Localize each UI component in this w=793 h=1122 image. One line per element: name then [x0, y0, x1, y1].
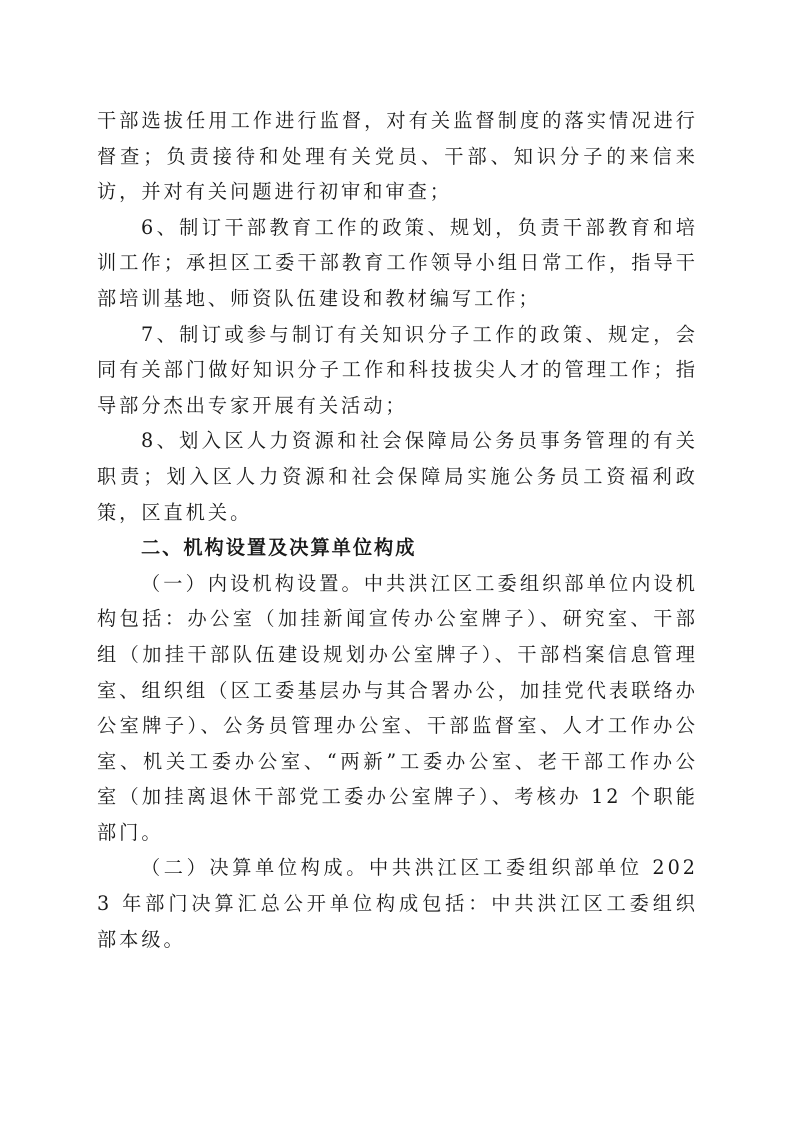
document-page: 干部选拔任用工作进行监督，对有关监督制度的落实情况进行督查；负责接待和处理有关党… — [97, 103, 698, 957]
paragraph-continued-duties: 干部选拔任用工作进行监督，对有关监督制度的落实情况进行督查；负责接待和处理有关党… — [97, 103, 698, 210]
paragraph-item-7: 7、制订或参与制订有关知识分子工作的政策、规定，会同有关部门做好知识分子工作和科… — [97, 317, 698, 424]
section-heading-org-structure: 二、机构设置及决算单位构成 — [97, 530, 698, 566]
paragraph-budget-units: （二）决算单位构成。中共洪江区工委组织部单位 2023 年部门决算汇总公开单位构… — [97, 850, 698, 957]
paragraph-item-8: 8、划入区人力资源和社会保障局公务员事务管理的有关职责；划入区人力资源和社会保障… — [97, 423, 698, 530]
paragraph-internal-departments: （一）内设机构设置。中共洪江区工委组织部单位内设机构包括：办公室（加挂新闻宣传办… — [97, 566, 698, 851]
paragraph-item-6: 6、制订干部教育工作的政策、规划，负责干部教育和培训工作；承担区工委干部教育工作… — [97, 210, 698, 317]
